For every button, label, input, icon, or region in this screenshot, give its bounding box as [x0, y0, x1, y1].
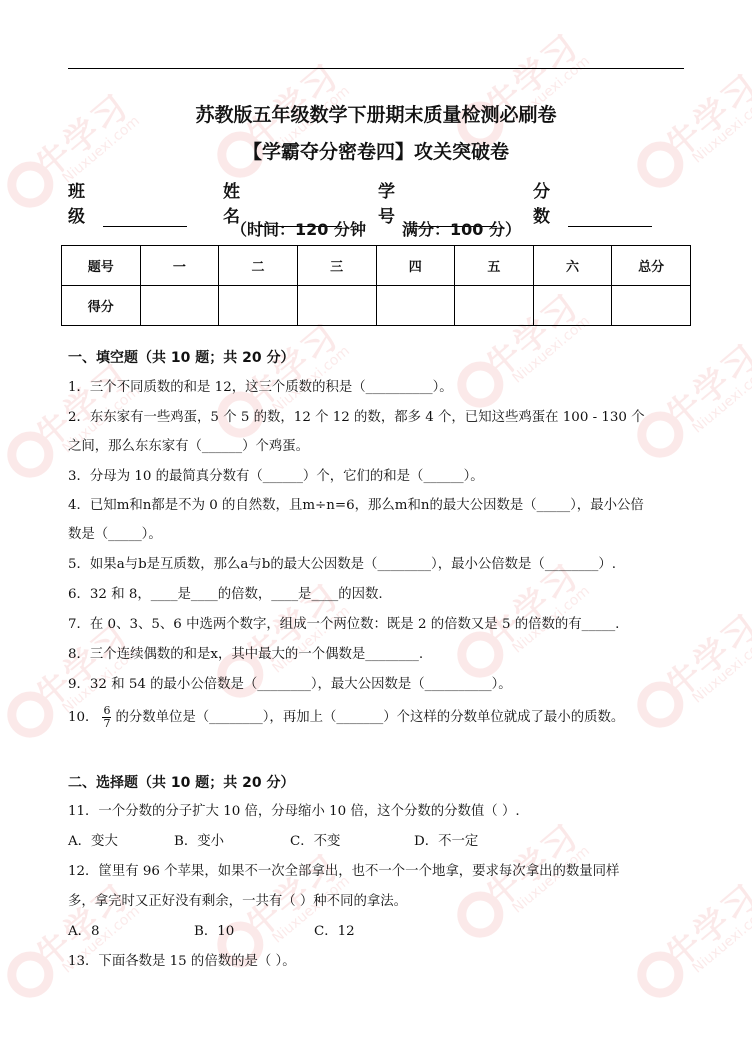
time-and-score-line: （时间：120 分钟满分：100 分）	[0, 217, 752, 240]
question-5: 5．如果a与b是互质数，那么a与b的最大公因数是（________），最小公倍数…	[68, 554, 688, 576]
score-cell[interactable]	[219, 286, 298, 326]
option-b[interactable]: B．变小	[174, 831, 290, 853]
question-11-options: A．变大 B．变小 C．不变 D．不一定	[68, 831, 688, 853]
question-3: 3．分母为 10 的最简真分数有（______）个，它们的和是（______）。	[68, 466, 688, 488]
exam-page: 苏教版五年级数学下册期末质量检测必刷卷 【学霸夺分密卷四】攻关突破卷 班级 姓名…	[0, 0, 752, 1064]
exam-title: 苏教版五年级数学下册期末质量检测必刷卷	[0, 100, 752, 127]
score-table-header: 题号 一 二 三 四 五 六 总分	[62, 246, 691, 286]
option-c[interactable]: C．不变	[290, 831, 414, 853]
time-limit: （时间：120 分钟	[231, 220, 366, 239]
question-4-line-2: 数是（_____）。	[68, 524, 688, 546]
question-6: 6．32 和 8，____是____的倍数，____是____的因数.	[68, 584, 688, 606]
question-9: 9．32 和 54 的最小公倍数是（________），最大公因数是（_____…	[68, 674, 688, 696]
question-8: 8．三个连续偶数的和是x，其中最大的一个偶数是________.	[68, 644, 688, 666]
question-2-line-2: 之间，那么东东家有（______）个鸡蛋。	[68, 436, 688, 458]
question-2-line-1: 2．东东家有一些鸡蛋，5 个 5 的数，12 个 12 的数，都多 4 个，已知…	[68, 407, 688, 429]
question-11: 11．一个分数的分子扩大 10 倍，分母缩小 10 倍，这个分数的分数值（ ）.	[68, 801, 688, 823]
fraction-six-sevenths: 67	[102, 705, 111, 730]
score-table-row: 得分	[62, 286, 691, 326]
option-a[interactable]: A．8	[68, 921, 194, 943]
option-c[interactable]: C．12	[314, 921, 355, 943]
question-1: 1．三个不同质数的和是 12，这三个质数的积是（__________）。	[68, 377, 688, 399]
score-cell[interactable]	[140, 286, 219, 326]
header-rule	[68, 68, 684, 69]
score-cell[interactable]	[376, 286, 455, 326]
option-a[interactable]: A．变大	[68, 831, 174, 853]
option-b[interactable]: B．10	[194, 921, 314, 943]
exam-subtitle: 【学霸夺分密卷四】攻关突破卷	[0, 137, 752, 164]
full-score: 满分：100 分）	[402, 220, 521, 239]
score-cell[interactable]	[455, 286, 534, 326]
score-cell[interactable]	[297, 286, 376, 326]
section-heading-fill-blank: 一、填空题（共 10 题；共 20 分）	[68, 347, 294, 367]
question-4-line-1: 4．已知m和n都是不为 0 的自然数，且m÷n=6，那么m和n的最大公因数是（_…	[68, 495, 688, 517]
question-7: 7．在 0、3、5、6 中选两个数字，组成一个两位数：既是 2 的倍数又是 5 …	[68, 614, 688, 636]
question-12-options: A．8 B．10 C．12	[68, 921, 688, 943]
question-13: 13．下面各数是 15 的倍数的是（ ）。	[68, 951, 688, 973]
question-12-line-2: 多，拿完时又正好没有剩余，一共有（ ）种不同的拿法。	[68, 891, 688, 913]
question-10: 10．67的分数单位是（________），再加上（_______）个这样的分数…	[68, 705, 688, 730]
question-12-line-1: 12．筐里有 96 个苹果，如果不一次全部拿出，也不一个一个地拿，要求每次拿出的…	[68, 861, 688, 883]
score-cell[interactable]	[612, 286, 691, 326]
score-cell[interactable]	[533, 286, 612, 326]
score-table: 题号 一 二 三 四 五 六 总分 得分	[61, 245, 691, 326]
section-heading-multiple-choice: 二、选择题（共 10 题；共 20 分）	[68, 772, 294, 792]
option-d[interactable]: D．不一定	[414, 831, 478, 853]
